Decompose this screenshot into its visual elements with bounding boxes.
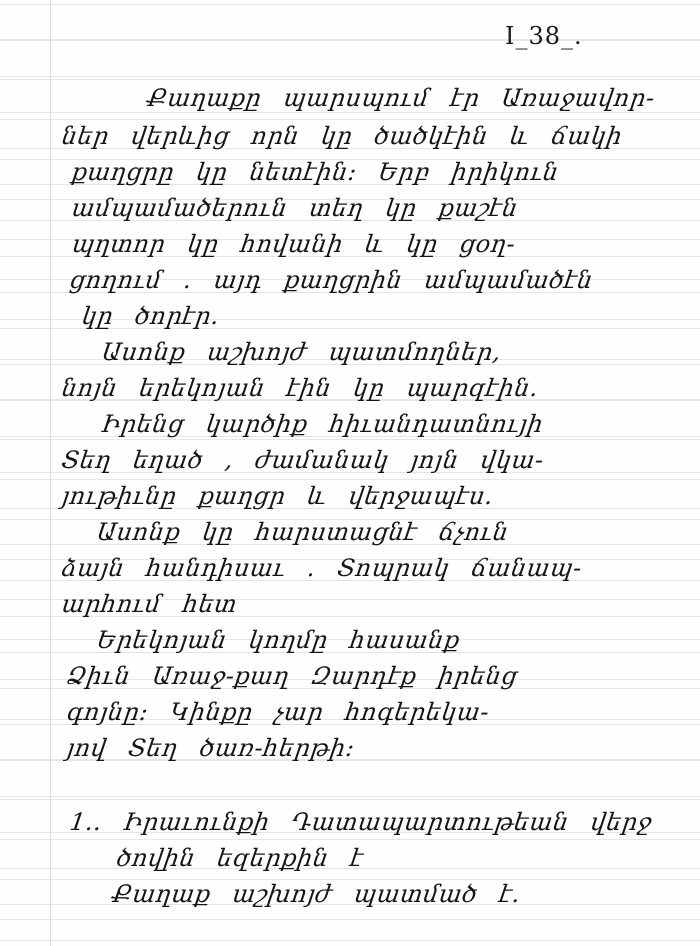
word: ճակի [550, 122, 625, 150]
word: կարծիք [204, 410, 309, 438]
word: Ասոնք [95, 518, 182, 546]
word: յոյն [409, 446, 461, 474]
word: յութիւնը [60, 482, 179, 510]
word: վերջապէս. [347, 482, 495, 510]
ruled-line [0, 796, 700, 797]
text-line: ծովինեզերքինէ [115, 844, 387, 872]
word: Դատապարտութեան [290, 808, 571, 836]
margin-line [50, 0, 51, 946]
text-line: արհումհետ [60, 590, 261, 618]
text-line: նոյներեկոյանէինկըպարզէին. [60, 374, 562, 402]
word: ծառ-հերթի: [198, 734, 356, 762]
word: , [223, 446, 235, 474]
word: եզերքին [215, 844, 330, 872]
word: էին [285, 374, 333, 402]
word: Զարդէք [309, 662, 418, 690]
word: հիւանդատնույի [328, 410, 545, 438]
word: պղտոր [70, 230, 168, 258]
word: Քաղաք [110, 880, 213, 908]
word: հասանք [348, 626, 462, 654]
word: Առաջ-քաղ [151, 662, 292, 690]
text-line: քաղցրըկընետէին:Երբիրիկուն [70, 158, 583, 186]
word: հովանի [239, 230, 345, 258]
word: ժամանակ [253, 446, 391, 474]
word: վկա- [479, 446, 546, 474]
text-line: 1..ԻրաւունքիԴատապարտութեանվերջ [68, 808, 676, 836]
word: եղած [131, 446, 205, 474]
text-line: ՁիւնԱռաջ-քաղԶարդէքիրենց [65, 662, 542, 690]
word: քաշէն [437, 194, 520, 222]
word: հանդիսաւ [145, 554, 288, 582]
word: Ասոնք [100, 338, 187, 366]
text-line: Երեկոյանկողմըհասանք [95, 626, 484, 654]
word: պարզէին. [405, 374, 541, 402]
word: ցողում [68, 266, 164, 294]
word: պարսպում [282, 84, 431, 112]
word: հարստացնէ [254, 518, 419, 546]
word: քաղցրին [282, 266, 404, 294]
word: Տոպրակ [336, 554, 452, 582]
word: հետ [181, 590, 239, 618]
word: 1.. [68, 808, 104, 836]
word: վերջ [589, 808, 654, 836]
word: և [306, 482, 329, 510]
word: կը [351, 374, 386, 402]
word: պատմողներ, [327, 338, 503, 366]
text-line: ամպամածերունտեղկըքաշէն [70, 194, 542, 222]
word: Տեղ [60, 446, 113, 474]
text-line: Քաղաքաշխոյժպատմածէ. [110, 880, 545, 908]
word: կը [201, 518, 236, 546]
word: երեկոյան [138, 374, 268, 402]
text-line: ցողում.այդքաղցրինամպամածէն [68, 266, 617, 294]
text-line: ներվերևիցորնկըծածկէինևճակի [60, 122, 646, 150]
word: և [363, 230, 386, 258]
word: ձայն [60, 554, 127, 582]
word: . [182, 266, 194, 294]
word: կը [319, 122, 354, 150]
word: Տեղ [127, 734, 180, 762]
word: ներ [60, 122, 111, 150]
word: յով [65, 734, 109, 762]
word: կողմը [247, 626, 330, 654]
word: տեղ [308, 194, 366, 222]
text-line: յութիւնըքաղցրևվերջապէս. [60, 482, 517, 510]
word: ծովին [115, 844, 197, 872]
text-line: ձայնհանդիսաւ.Տոպրակճանապ- [60, 554, 606, 582]
word: քաղցրը [70, 158, 176, 186]
word: Իրենց [100, 410, 186, 438]
text-line: Ասոնքկըհարստացնէճչուն [95, 518, 533, 546]
word: Երեկոյան [95, 626, 229, 654]
word: աշխոյժ [231, 880, 334, 908]
word: կը [384, 194, 419, 222]
word: իրենց [437, 662, 520, 690]
word: ճչուն [437, 518, 510, 546]
word: նետէին: [248, 158, 359, 186]
word: . [306, 554, 318, 582]
word: այդ [212, 266, 264, 294]
word: Քաղաքը [145, 84, 263, 112]
text-line: Տեղեղած,ժամանակյոյնվկա- [60, 446, 568, 474]
word: պատմած [352, 880, 480, 908]
word: Ձիւն [65, 662, 132, 690]
ruled-line [0, 940, 700, 941]
word: աշխոյժ [206, 338, 309, 366]
word: քաղցր [197, 482, 288, 510]
word: Կինքը [168, 698, 255, 726]
word: է. [498, 880, 523, 908]
ruled-line [0, 4, 700, 5]
word: ամպամածէն [423, 266, 595, 294]
word: Երբ [377, 158, 432, 186]
word: կը [405, 230, 440, 258]
text-line: ՔաղաքըպարսպումէրԱռաջավոր- [145, 84, 679, 112]
word: կը [186, 230, 221, 258]
word: Առաջավոր- [500, 84, 657, 112]
word: վերևից [129, 122, 231, 150]
word: ցօղ- [458, 230, 517, 258]
ruled-line [0, 112, 700, 113]
word: ամպամածերուն [70, 194, 289, 222]
word: չար [273, 698, 325, 726]
word: և [508, 122, 531, 150]
word: հոգերեկա- [344, 698, 492, 726]
ruled-line [0, 40, 700, 41]
text-line: Իրենցկարծիքհիւանդատնույի [100, 410, 567, 438]
text-line: պղտորկըհովանիևկըցօղ- [70, 230, 539, 258]
word: իրիկուն [450, 158, 561, 186]
ruled-line [0, 76, 700, 77]
word: ծածկէին [373, 122, 490, 150]
word: կը [194, 158, 229, 186]
word: արհում [60, 590, 163, 618]
text-line: կըծորէր. [80, 302, 243, 330]
word: է [349, 844, 366, 872]
page-number: I_38_. [505, 22, 583, 50]
word: կը [80, 302, 115, 330]
text-line: յովՏեղծառ-հերթի: [65, 734, 378, 762]
word: գոյնը: [65, 698, 150, 726]
word: նոյն [60, 374, 119, 402]
word: Իրաւունքի [122, 808, 272, 836]
word: էր [449, 84, 482, 112]
text-line: գոյնը:Կինքըչարհոգերեկա- [65, 698, 513, 726]
word: որն [250, 122, 302, 150]
word: ճանապ- [470, 554, 584, 582]
word: ծորէր. [133, 302, 221, 330]
text-line: Ասոնքաշխոյժպատմողներ, [100, 338, 525, 366]
